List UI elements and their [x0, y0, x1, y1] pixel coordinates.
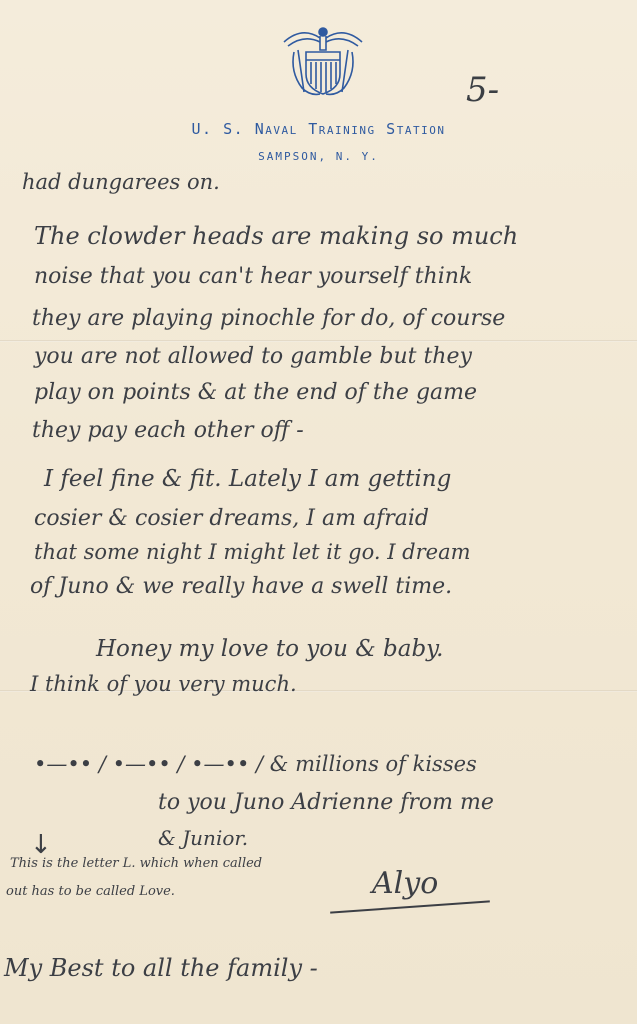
page-number: 5-	[466, 70, 499, 110]
handwritten-line: to you Juno Adrienne from me	[158, 790, 494, 815]
handwritten-line: noise that you can't hear yourself think	[34, 264, 472, 289]
signature-underline	[330, 900, 490, 913]
signature: Alyo	[372, 866, 438, 901]
handwritten-line: I think of you very much.	[30, 672, 297, 696]
handwritten-line: I feel fine & fit. Lately I am getting	[44, 466, 451, 492]
handwritten-line: Honey my love to you & baby.	[96, 636, 443, 662]
handwritten-line: you are not allowed to gamble but they	[34, 344, 472, 369]
handwritten-line: cosier & cosier dreams, I am afraid	[34, 506, 429, 531]
handwritten-line: they are playing pinochle for do, of cou…	[32, 306, 505, 331]
paper-fold-upper	[0, 340, 637, 342]
handwritten-line: of Juno & we really have a swell time.	[30, 574, 452, 599]
postscript: My Best to all the family -	[4, 954, 318, 982]
handwritten-line: they pay each other off -	[32, 418, 304, 443]
handwritten-line: that some night I might let it go. I dre…	[34, 540, 471, 564]
navy-eagle-shield-crest-icon	[280, 22, 366, 100]
footnote-line: This is the letter L. which when called	[10, 856, 262, 871]
handwritten-line: The clowder heads are making so much	[34, 222, 518, 250]
handwritten-line: play on points & at the end of the game	[34, 380, 477, 405]
handwritten-line: & Junior.	[158, 826, 248, 850]
letterhead-location: SAMPSON, N. Y.	[0, 150, 637, 163]
letterhead-title: U. S. Naval Training Station	[0, 120, 637, 138]
footnote-line: out has to be called Love.	[6, 884, 175, 899]
handwritten-line: had dungarees on.	[22, 170, 220, 194]
morse-code-line: •—•• / •—•• / •—•• / & millions of kisse…	[34, 752, 477, 776]
